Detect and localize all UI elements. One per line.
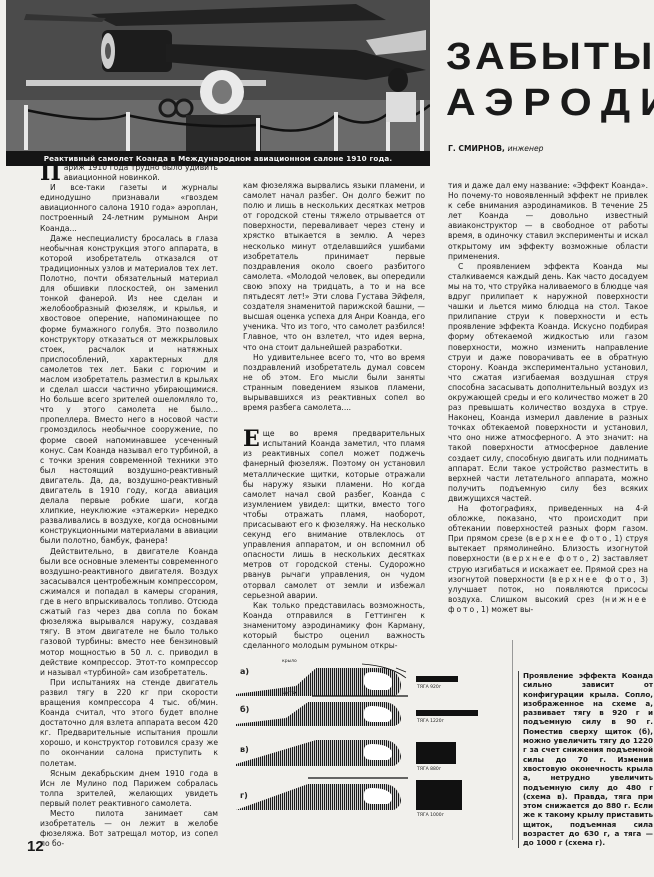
text-column-2: кам фюзеляжа вырвались языки пламени, и …	[243, 181, 425, 651]
svg-text:г): г)	[240, 791, 248, 800]
drop-cap: П	[40, 164, 61, 183]
article-title: ЗАБЫТЫЙ АЭРОДИ	[446, 34, 654, 126]
svg-text:а): а)	[240, 667, 249, 676]
coanda-wing-diagram: а) крыло ТЯГА 920г щиток б) ТЯГА 1220г	[236, 652, 504, 832]
svg-text:ТЯГА 1220г: ТЯГА 1220г	[416, 718, 445, 724]
paragraph: При испытаниях на стенде двигатель разви…	[40, 678, 218, 769]
scheme-b: щиток б) ТЯГА 1220г	[236, 691, 478, 726]
section-break	[243, 413, 425, 429]
wing-schemes-figure: а) крыло ТЯГА 920г щиток б) ТЯГА 1220г	[236, 652, 504, 832]
coanda-aircraft-illustration	[6, 0, 430, 152]
paragraph: С проявлением эффекта Коанда мы сталкива…	[448, 262, 648, 504]
paragraph: Действительно, в двигателе Коанда были в…	[40, 547, 218, 678]
paragraph: тия и даже дал ему название: «Эффект Коа…	[448, 181, 648, 262]
paragraph: Ясным декабрьским днем 1910 года в Исн л…	[40, 769, 218, 809]
paragraph: кам фюзеляжа вырвались языки пламени, и …	[243, 181, 425, 353]
figure-caption: Проявление эффекта Коанда сильно зависит…	[518, 671, 653, 848]
paragraph: Как только представилась возможность, Ко…	[243, 601, 425, 651]
title-line-1: ЗАБЫТЫЙ	[446, 34, 654, 80]
scheme-d: г) ТЯГА 1000г	[236, 778, 462, 818]
paragraph: Но удивительнее всего то, что во время п…	[243, 353, 425, 414]
svg-text:щиток: щиток	[282, 691, 298, 696]
paragraph: На фотографиях, приведенных на 4-й облож…	[448, 504, 648, 615]
paragraph: Париж 1910 года трудно было удивить авиа…	[40, 163, 218, 183]
svg-text:ТЯГА 880г: ТЯГА 880г	[416, 766, 442, 772]
paragraph: И все-таки газеты и журналы единодушно п…	[40, 183, 218, 233]
paragraph: Еще во время предварительных испытаний К…	[243, 429, 425, 601]
author-name: Г. СМИРНОВ,	[448, 144, 505, 153]
paragraph: Даже неспециалисту бросалась в глаза нео…	[40, 234, 218, 547]
drop-cap: Е	[243, 430, 260, 449]
column-divider	[512, 640, 513, 840]
svg-text:ТЯГА 920г: ТЯГА 920г	[416, 684, 442, 690]
page-number: 12	[27, 838, 44, 855]
svg-text:крыло: крыло	[282, 659, 297, 664]
paragraph: Место пилота занимает сам изобретатель —…	[40, 809, 218, 849]
scheme-c: в) ТЯГА 880г	[236, 740, 456, 772]
scheme-a: а) крыло ТЯГА 920г	[236, 659, 458, 696]
svg-text:в): в)	[240, 745, 249, 754]
author-role: инженер	[508, 144, 544, 153]
text-column-1: Париж 1910 года трудно было удивить авиа…	[40, 163, 218, 849]
aircraft-photo: Реактивный самолет Коанда в Международно…	[6, 0, 430, 166]
svg-text:ТЯГА 1000г: ТЯГА 1000г	[416, 812, 445, 818]
text-column-3: тия и даже дал ему название: «Эффект Коа…	[448, 181, 648, 615]
svg-text:б): б)	[240, 704, 249, 714]
title-line-2: АЭРОДИ	[446, 80, 654, 126]
author-byline: Г. СМИРНОВ, инженер	[448, 144, 543, 153]
